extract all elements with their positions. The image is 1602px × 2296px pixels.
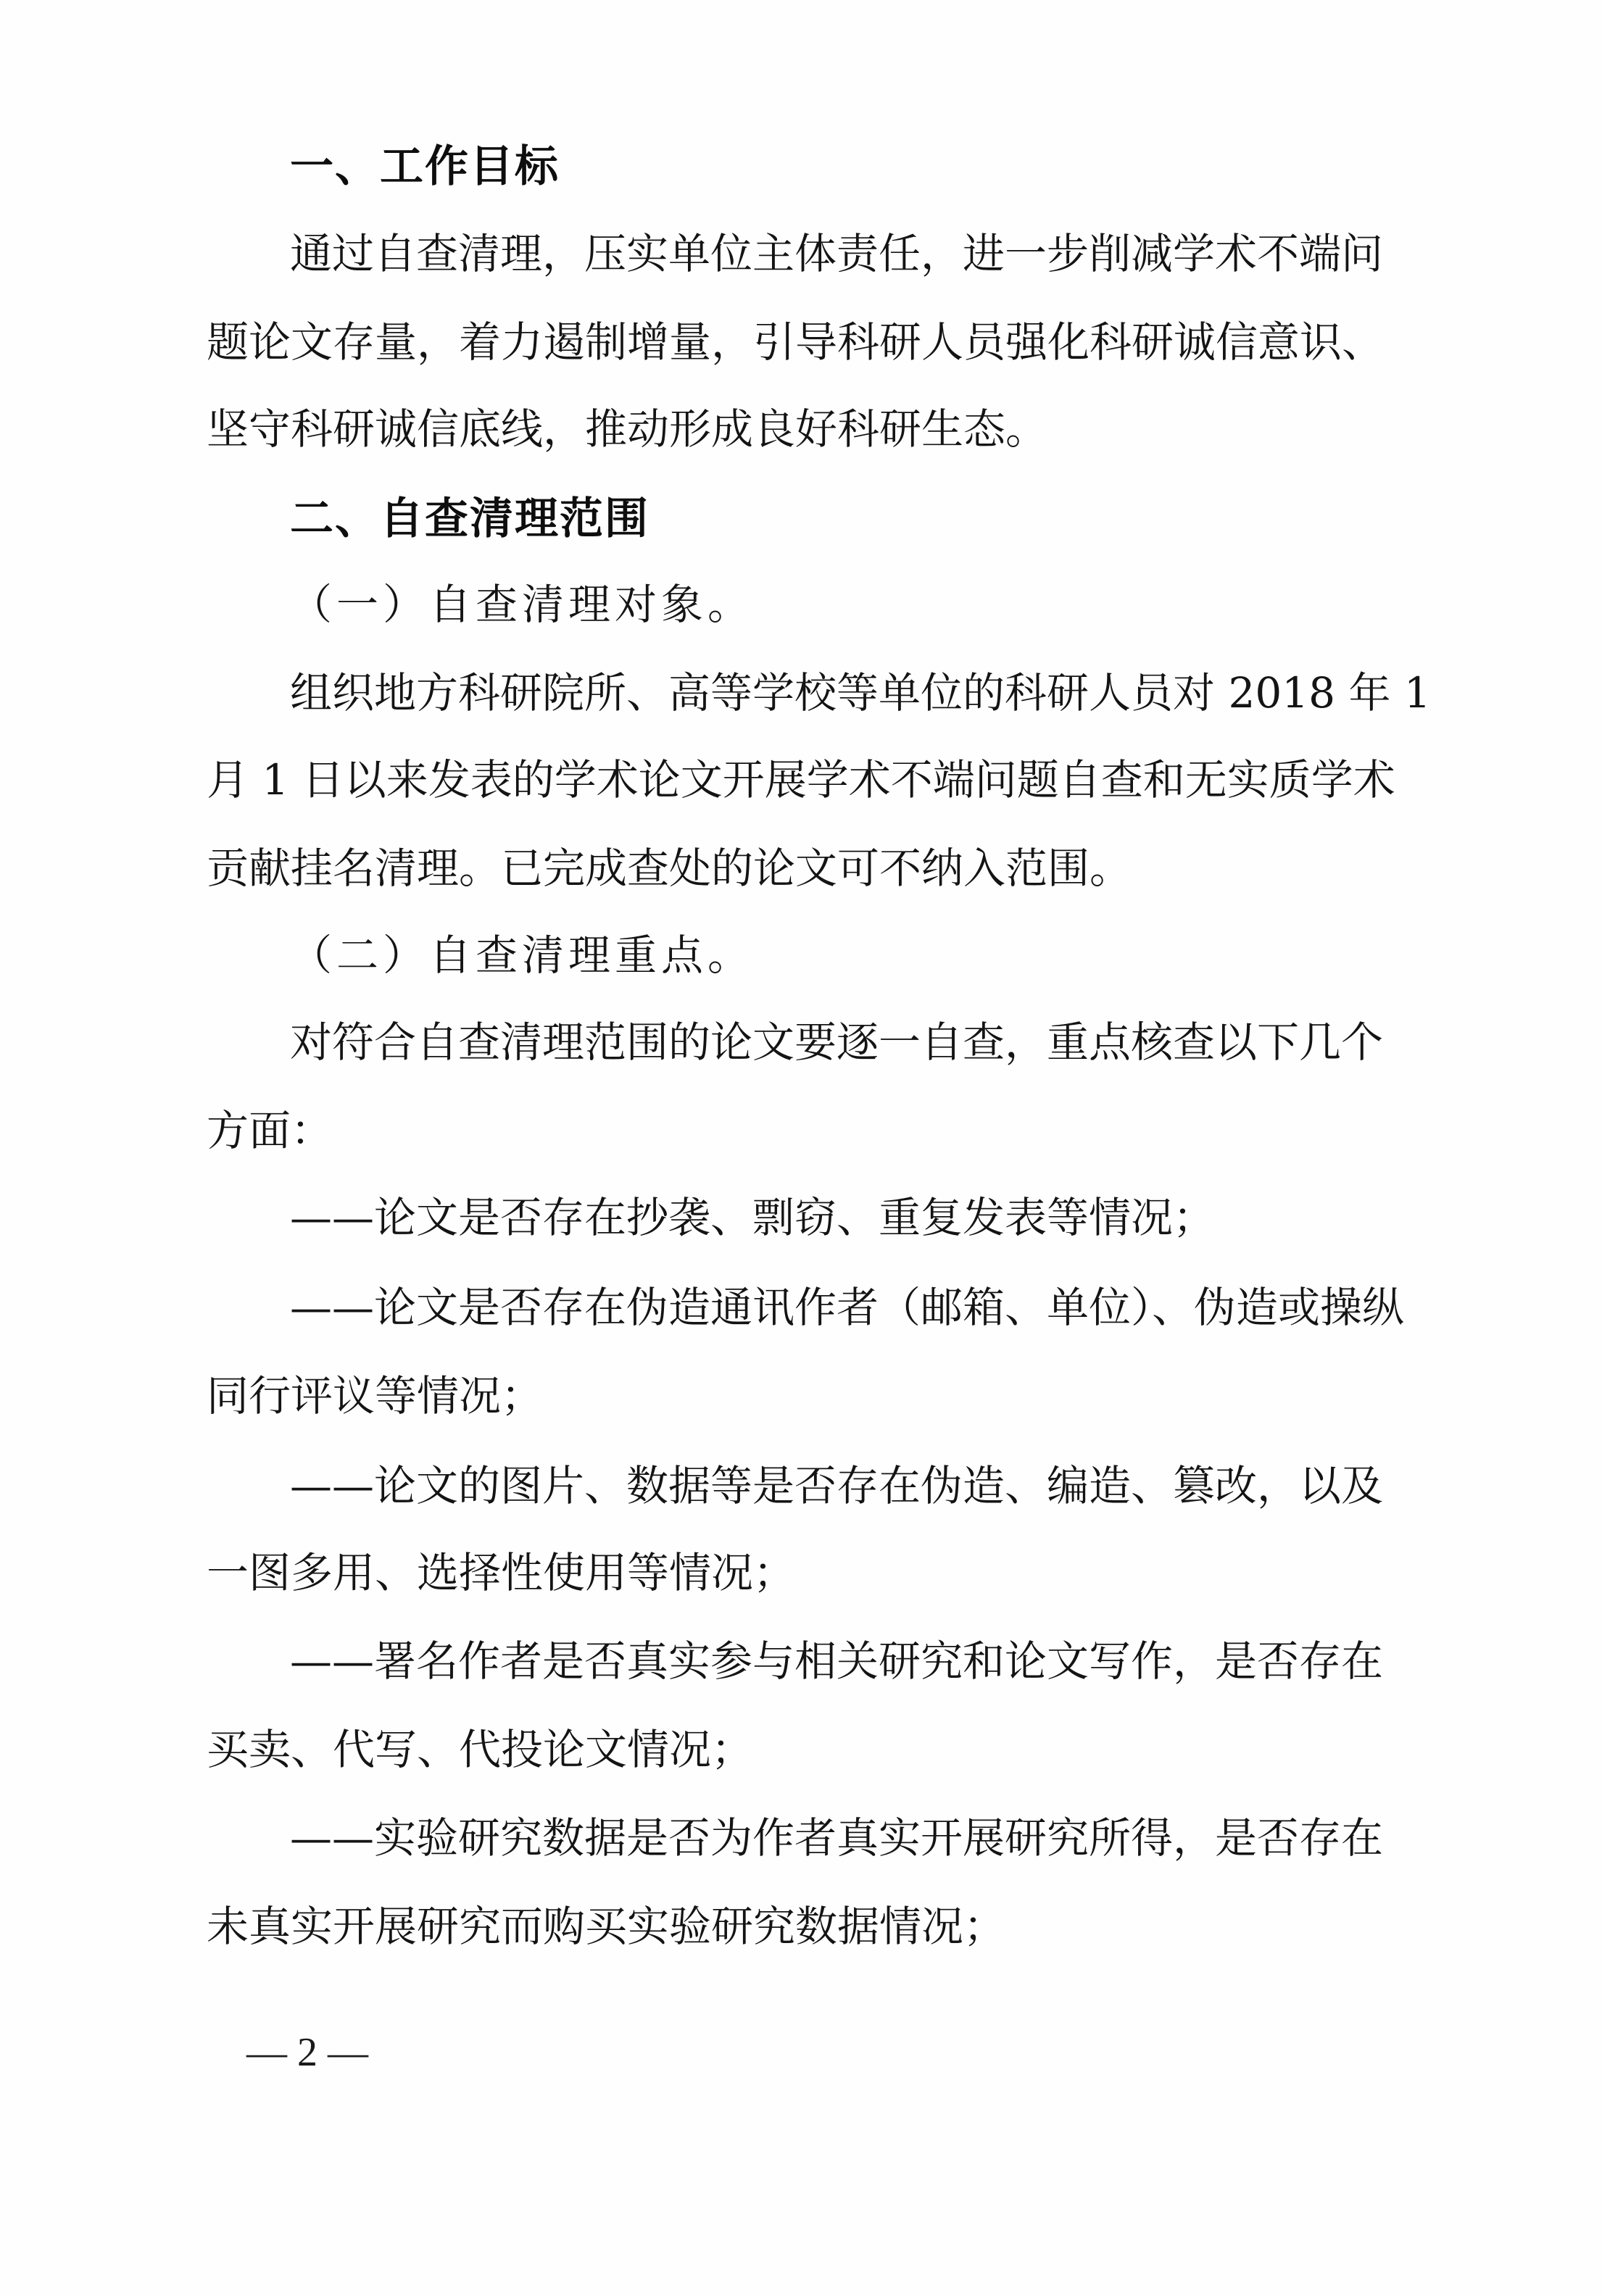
checklist-item-plagiarism: ——论文是否存在抄袭、剽窃、重复发表等情况； [290,1189,1381,1247]
paragraph-line: 通过自查清理，压实单位主体责任，进一步削减学术不端问 [290,225,1381,283]
checklist-item-fabrication-cont: 一图多用、选择性使用等情况； [207,1544,1381,1602]
paragraph-line: 月 1 日以来发表的学术论文开展学术不端问题自查和无实质学术 [207,751,1381,809]
paragraph-line: 贡献挂名清理。已完成查处的论文可不纳入范围。 [207,839,1381,897]
paragraph-line: 坚守科研诚信底线，推动形成良好科研生态。 [207,400,1381,458]
checklist-item-authorship-cont: 买卖、代写、代投论文情况； [207,1721,1381,1779]
paragraph-line: 对符合自查清理范围的论文要逐一自查，重点核查以下几个 [290,1013,1381,1071]
section-heading-work-goals: 一、工作目标 [290,138,1381,196]
checklist-item-data: ——实验研究数据是否为作者真实开展研究所得，是否存在 [290,1809,1381,1867]
paragraph-line: 方面： [207,1102,1381,1160]
checklist-item-fabrication: ——论文的图片、数据等是否存在伪造、编造、篡改，以及 [290,1457,1381,1515]
document-page: 一、工作目标 通过自查清理，压实单位主体责任，进一步削减学术不端问 题论文存量，… [0,0,1602,2296]
paragraph-line: 组织地方科研院所、高等学校等单位的科研人员对 2018 年 1 [290,664,1381,722]
checklist-item-fake-author: ——论文是否存在伪造通讯作者（邮箱、单位）、伪造或操纵 [290,1278,1381,1336]
subsection-title-objects: （一）自查清理对象。 [290,575,1381,633]
checklist-item-data-cont: 未真实开展研究而购买实验研究数据情况； [207,1897,1381,1955]
checklist-item-authorship: ——署名作者是否真实参与相关研究和论文写作，是否存在 [290,1632,1381,1690]
paragraph-line: 题论文存量，着力遏制增量，引导科研人员强化科研诚信意识、 [207,313,1381,371]
section-heading-scope: 二、自查清理范围 [290,490,1381,548]
checklist-item-fake-author-cont: 同行评议等情况； [207,1367,1381,1425]
subsection-title-focus: （二）自查清理重点。 [290,926,1381,984]
page-number: — 2 — [246,2023,368,2081]
